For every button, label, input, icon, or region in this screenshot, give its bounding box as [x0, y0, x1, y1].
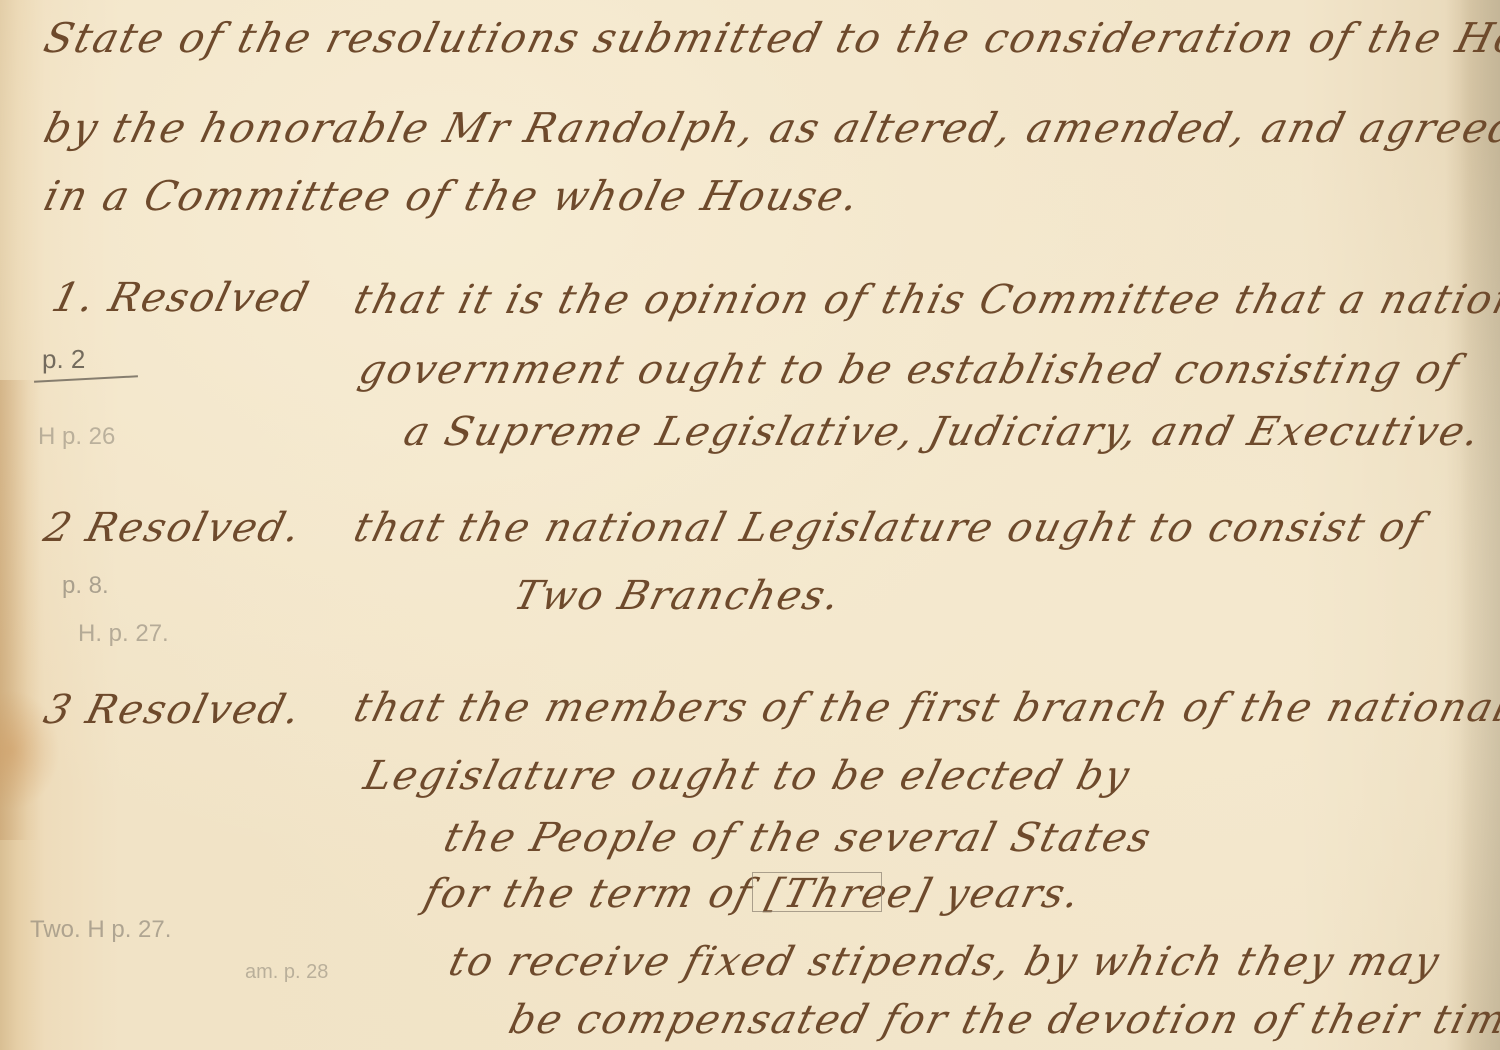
manuscript-page: State of the resolutions submitted to th… [0, 0, 1500, 1050]
resolution-1-label: 1. Resolved [48, 278, 314, 318]
resolution-3-line-6: be compensated for the devotion of their… [505, 1000, 1500, 1040]
margin-note-res1-ref: H p. 26 [38, 425, 115, 449]
margin-note-res2-ref: H. p. 27. [78, 622, 169, 646]
heading-line-2: by the honorable Mr Randolph, as altered… [40, 108, 1500, 149]
pencil-underline [34, 375, 138, 382]
paper-edge-shadow [1460, 0, 1500, 1050]
heading-line-1: State of the resolutions submitted to th… [40, 18, 1500, 59]
resolution-3-line-1: that the members of the first branch of … [350, 688, 1500, 728]
resolution-2-line-2: Two Branches. [510, 576, 845, 616]
resolution-2-label: 2 Resolved. [40, 508, 306, 548]
resolution-3-line-2: Legislature ought to be elected by [360, 756, 1135, 796]
margin-note-res2-page: p. 8. [62, 574, 109, 598]
resolution-3-line-5: to receive fixed stipends, by which they… [445, 942, 1444, 982]
heading-line-3: in a Committee of the whole House. [40, 176, 865, 217]
resolution-2-line-1: that the national Legislature ought to c… [350, 508, 1428, 548]
resolution-1-line-2: government ought to be established consi… [355, 350, 1464, 390]
resolution-1-line-1: that it is the opinion of this Committee… [350, 280, 1500, 320]
resolution-1-line-3: a Supreme Legislative, Judiciary, and Ex… [400, 412, 1485, 452]
resolution-3-label: 3 Resolved. [40, 690, 306, 730]
resolution-3-line-3: the People of the several States [440, 818, 1156, 858]
margin-note-res3-ref: Two. H p. 27. [30, 918, 171, 942]
margin-note-res3-amend: am. p. 28 [245, 962, 328, 982]
margin-note-res1-page: p. 2 [42, 346, 85, 372]
pencil-bracket [752, 872, 882, 912]
